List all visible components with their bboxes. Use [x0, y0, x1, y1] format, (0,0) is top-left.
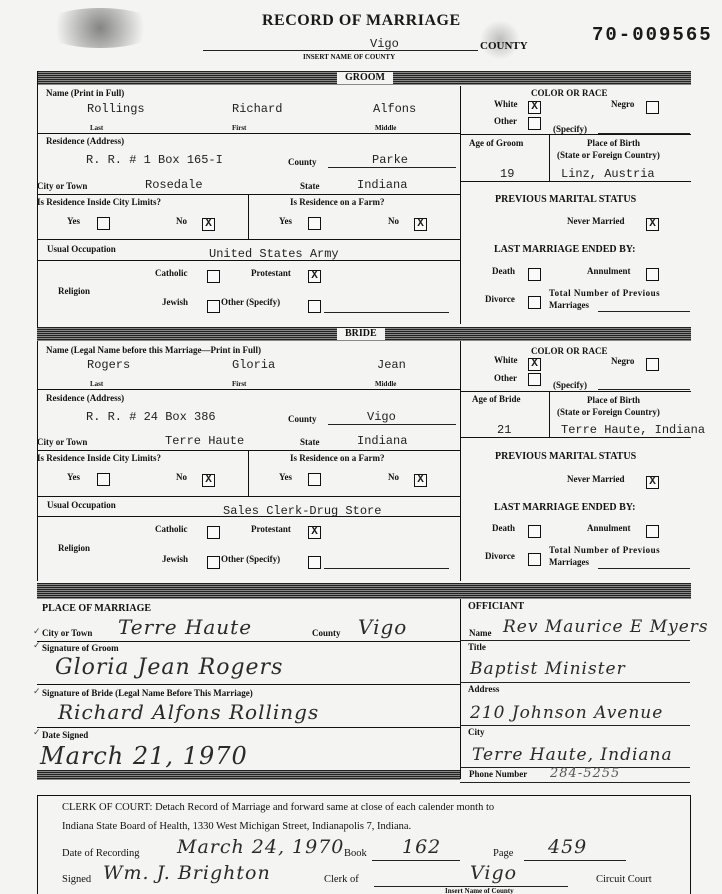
groom-city-limits-no-label: No [176, 216, 187, 226]
bride-city-limits-yes-label: Yes [67, 472, 80, 482]
groom-state: Indiana [357, 178, 407, 192]
officiant-name: Rev Maurice E Myers [503, 617, 709, 637]
bride-first-name: Gloria [232, 358, 275, 372]
groom-other-race-label: Other [494, 116, 517, 126]
bride-county-line [328, 424, 456, 425]
groom-county-label: County [288, 157, 317, 167]
book-label: Book [344, 848, 367, 859]
bride-name-label: Name (Legal Name before this Marriage—Pr… [46, 345, 261, 355]
page-label: Page [493, 848, 513, 859]
officiant-title-label: Title [468, 642, 486, 652]
divider [460, 782, 690, 783]
bride-protestant-checkbox[interactable]: X [308, 526, 321, 539]
divider [460, 437, 691, 438]
groom-middle-name: Alfons [373, 102, 416, 116]
officiant-phone: 284-5255 [550, 766, 620, 781]
bride-negro-label: Negro [611, 356, 634, 366]
officiant-city-label: City [468, 727, 485, 737]
groom-first-name: Richard [232, 102, 282, 116]
bride-farm-yes-label: Yes [279, 472, 292, 482]
groom-county: Parke [372, 153, 408, 167]
groom-city-limits-yes-label: Yes [67, 216, 80, 226]
bride-total-prev-label-2: Marriages [549, 557, 589, 567]
groom-last-name: Rollings [87, 102, 145, 116]
bride-age-label: Age of Bride [472, 394, 521, 404]
bride-specify-line [598, 389, 690, 390]
divider [460, 640, 690, 641]
officiant-name-label: Name [469, 628, 492, 638]
bride-middle-caption: Middle [375, 380, 396, 388]
groom-address: R. R. # 1 Box 165-I [86, 153, 223, 167]
groom-age: 19 [500, 167, 514, 181]
groom-birth-label: Place of Birth [587, 138, 640, 148]
divider [460, 599, 461, 779]
divider [37, 260, 460, 261]
divider [549, 391, 550, 438]
header-county-value: Vigo [370, 37, 399, 51]
divider [460, 682, 690, 683]
groom-death-checkbox[interactable] [528, 268, 541, 281]
sig1-value: Gloria Jean Rogers [55, 655, 283, 680]
divider [248, 450, 249, 496]
place-city: Terre Haute [118, 615, 252, 639]
bride-other-label: Other (Specify) [221, 554, 280, 564]
groom-other-race-checkbox[interactable] [528, 117, 541, 130]
bride-jewish-checkbox[interactable] [207, 556, 220, 569]
groom-divorce-checkbox[interactable] [528, 296, 541, 309]
groom-other-line [324, 312, 449, 313]
bride-middle-name: Jean [377, 358, 406, 372]
sig2-label: Signature of Bride (Legal Name Before Th… [42, 688, 253, 698]
groom-city: Rosedale [145, 178, 203, 192]
groom-annulment-label: Annulment [587, 266, 631, 276]
signed-by: Wm. J. Brighton [103, 862, 271, 884]
place-bottom-bar [37, 770, 460, 780]
scan-smudge [40, 8, 160, 48]
bride-birthplace: Terre Haute, Indiana [561, 423, 705, 437]
header-county-label: COUNTY [480, 40, 528, 52]
divider [37, 239, 460, 240]
clerk-county-caption: Insert Name of County [445, 887, 514, 894]
bride-prev-status-label: PREVIOUS MARITAL STATUS [495, 451, 636, 462]
groom-specify-label: (Specify) [553, 124, 587, 134]
groom-birthplace: Linz, Austria [561, 167, 655, 181]
groom-county-line [328, 167, 456, 168]
bride-race-label: COLOR OR RACE [531, 346, 608, 356]
divider [460, 181, 691, 182]
divider [37, 727, 460, 728]
bride-jewish-label: Jewish [162, 554, 188, 564]
bride-birth-label: Place of Birth [587, 395, 640, 405]
sig2-value: Richard Alfons Rollings [58, 700, 319, 724]
groom-farm-label: Is Residence on a Farm? [290, 197, 385, 207]
groom-divorce-label: Divorce [485, 294, 515, 304]
divider [248, 194, 249, 239]
groom-city-limits-no-checkbox[interactable]: X [202, 218, 215, 231]
groom-white-label: White [494, 99, 518, 109]
groom-negro-label: Negro [611, 99, 634, 109]
page-number: 459 [548, 836, 587, 858]
groom-farm-no-label: No [388, 216, 399, 226]
officiant-city: Terre Haute, Indiana [472, 745, 673, 765]
officiant-section-label: OFFICIANT [468, 601, 524, 612]
bride-city: Terre Haute [165, 434, 244, 448]
bride-county: Vigo [367, 410, 396, 424]
groom-catholic-checkbox[interactable] [207, 270, 220, 283]
groom-birth-sublabel: (State or Foreign Country) [557, 150, 660, 160]
groom-occupation-label: Usual Occupation [47, 244, 116, 254]
page-title: RECORD OF MARRIAGE [262, 12, 461, 30]
clerk-county: Vigo [470, 862, 517, 884]
bride-white-checkbox[interactable]: X [528, 358, 541, 371]
groom-state-label: State [300, 181, 320, 191]
bride-never-married-label: Never Married [567, 474, 625, 484]
bride-other-line [324, 568, 449, 569]
bride-farm-no-checkbox[interactable]: X [414, 474, 427, 487]
bride-never-married-checkbox[interactable]: X [646, 476, 659, 489]
bride-white-label: White [494, 355, 518, 365]
form-left-border [37, 71, 38, 581]
bride-state-label: State [300, 437, 320, 447]
bride-city-limits-label: Is Residence Inside City Limits? [37, 453, 161, 463]
bride-age: 21 [497, 423, 511, 437]
bride-protestant-label: Protestant [251, 524, 291, 534]
document-number: 70-009565 [592, 24, 713, 46]
groom-farm-no-checkbox[interactable]: X [414, 218, 427, 231]
bride-birth-sublabel: (State or Foreign Country) [557, 407, 660, 417]
date-signed-label: Date Signed [42, 730, 88, 740]
check-mark-icon: ✓ [33, 626, 41, 637]
bride-farm-yes-checkbox[interactable] [308, 473, 321, 486]
groom-farm-yes-checkbox[interactable] [308, 217, 321, 230]
groom-city-limits-yes-checkbox[interactable] [97, 217, 110, 230]
divider [460, 725, 690, 726]
check-mark-icon: ✓ [33, 727, 41, 738]
groom-section-bar: GROOM [37, 71, 691, 85]
groom-first-caption: First [232, 124, 246, 132]
groom-middle-caption: Middle [375, 124, 396, 132]
book-number: 162 [402, 836, 441, 858]
page-line [524, 860, 626, 861]
bride-specify-label: (Specify) [553, 380, 587, 390]
groom-protestant-label: Protestant [251, 268, 291, 278]
bride-city-limits-no-label: No [176, 472, 187, 482]
groom-farm-yes-label: Yes [279, 216, 292, 226]
bride-city-limits-yes-checkbox[interactable] [97, 473, 110, 486]
officiant-address-label: Address [468, 684, 499, 694]
groom-total-prev-line [598, 311, 690, 312]
bride-address: R. R. # 24 Box 386 [86, 410, 216, 424]
clerk-instruction-2: Indiana State Board of Health, 1330 West… [62, 821, 411, 832]
recording-date: March 24, 1970 [177, 836, 344, 858]
bride-other-race-label: Other [494, 373, 517, 383]
check-mark-icon: ✓ [33, 640, 41, 651]
groom-right-divider [460, 86, 461, 324]
groom-other-checkbox[interactable] [308, 300, 321, 313]
bride-occupation-label: Usual Occupation [47, 500, 116, 510]
bride-total-prev-label: Total Number of Previous [549, 545, 660, 555]
bride-annulment-checkbox[interactable] [646, 525, 659, 538]
bride-last-name: Rogers [87, 358, 130, 372]
groom-negro-checkbox[interactable] [646, 101, 659, 114]
bride-divorce-checkbox[interactable] [528, 553, 541, 566]
bride-divorce-label: Divorce [485, 551, 515, 561]
bride-city-limits-no-checkbox[interactable]: X [202, 474, 215, 487]
bride-other-checkbox[interactable] [308, 556, 321, 569]
groom-annulment-checkbox[interactable] [646, 268, 659, 281]
header-county-caption: INSERT NAME OF COUNTY [303, 53, 395, 61]
divider [460, 391, 691, 392]
bride-right-divider [460, 341, 461, 581]
divider [37, 516, 460, 517]
place-section-label: PLACE OF MARRIAGE [42, 603, 151, 614]
groom-religion-label: Religion [58, 286, 90, 296]
bride-section-label: BRIDE [337, 328, 385, 340]
place-county-label: County [312, 628, 341, 638]
groom-age-label: Age of Groom [469, 138, 523, 148]
groom-total-prev-label-2: Marriages [549, 300, 589, 310]
groom-jewish-label: Jewish [162, 297, 188, 307]
groom-never-married-label: Never Married [567, 216, 625, 226]
groom-total-prev-label: Total Number of Previous [549, 288, 660, 298]
signed-label: Signed [62, 874, 91, 885]
header-county-line [203, 50, 478, 51]
bride-catholic-label: Catholic [155, 524, 188, 534]
recording-date-label: Date of Recording [62, 848, 140, 859]
bride-religion-label: Religion [58, 543, 90, 553]
bride-state: Indiana [357, 434, 407, 448]
officiant-title: Baptist Minister [470, 659, 626, 679]
place-county: Vigo [358, 615, 407, 639]
bride-total-prev-line [598, 568, 690, 569]
divider [37, 684, 460, 685]
book-line [372, 860, 460, 861]
divider [37, 389, 460, 390]
groom-last-marriage-label: LAST MARRIAGE ENDED BY: [494, 244, 635, 255]
groom-residence-label: Residence (Address) [46, 136, 124, 146]
bride-last-marriage-label: LAST MARRIAGE ENDED BY: [494, 502, 635, 513]
groom-city-limits-label: Is Residence Inside City Limits? [37, 197, 161, 207]
groom-white-checkbox[interactable]: X [528, 101, 541, 114]
groom-catholic-label: Catholic [155, 268, 188, 278]
groom-section-label: GROOM [337, 72, 393, 84]
groom-name-label: Name (Print in Full) [46, 88, 124, 98]
clerk-instruction-1: CLERK OF COURT: Detach Record of Marriag… [62, 802, 494, 813]
groom-race-label: COLOR OR RACE [531, 88, 608, 98]
bride-catholic-checkbox[interactable] [207, 526, 220, 539]
bride-other-race-checkbox[interactable] [528, 373, 541, 386]
divider [37, 133, 460, 134]
bride-county-label: County [288, 414, 317, 424]
divider [37, 496, 460, 497]
groom-occupation: United States Army [209, 247, 339, 261]
bride-first-caption: First [232, 380, 246, 388]
bride-residence-label: Residence (Address) [46, 393, 124, 403]
divider [460, 134, 691, 135]
bride-farm-no-label: No [388, 472, 399, 482]
divider [37, 641, 460, 642]
bride-farm-label: Is Residence on a Farm? [290, 453, 385, 463]
court-label: Circuit Court [596, 874, 652, 885]
bride-death-label: Death [492, 523, 515, 533]
groom-other-label: Other (Specify) [221, 297, 280, 307]
bride-section-bar: BRIDE [37, 327, 691, 341]
bride-annulment-label: Annulment [587, 523, 631, 533]
groom-protestant-checkbox[interactable]: X [308, 270, 321, 283]
bride-negro-checkbox[interactable] [646, 358, 659, 371]
divider [549, 134, 550, 182]
groom-prev-status-label: PREVIOUS MARITAL STATUS [495, 194, 636, 205]
groom-jewish-checkbox[interactable] [207, 300, 220, 313]
officiant-phone-label: Phone Number [469, 769, 527, 779]
date-signed-value: March 21, 1970 [40, 742, 248, 770]
bride-last-caption: Last [90, 380, 103, 388]
groom-death-label: Death [492, 266, 515, 276]
place-city-label: City or Town [42, 628, 92, 638]
groom-never-married-checkbox[interactable]: X [646, 218, 659, 231]
sig1-label: Signature of Groom [42, 643, 119, 653]
groom-last-caption: Last [90, 124, 103, 132]
officiant-address: 210 Johnson Avenue [470, 703, 663, 723]
bride-death-checkbox[interactable] [528, 525, 541, 538]
clerk-of-label: Clerk of [324, 874, 359, 885]
place-section-bar [37, 583, 691, 599]
bride-city-label: City or Town [37, 437, 87, 447]
groom-city-label: City or Town [37, 181, 87, 191]
check-mark-icon: ✓ [33, 686, 41, 697]
